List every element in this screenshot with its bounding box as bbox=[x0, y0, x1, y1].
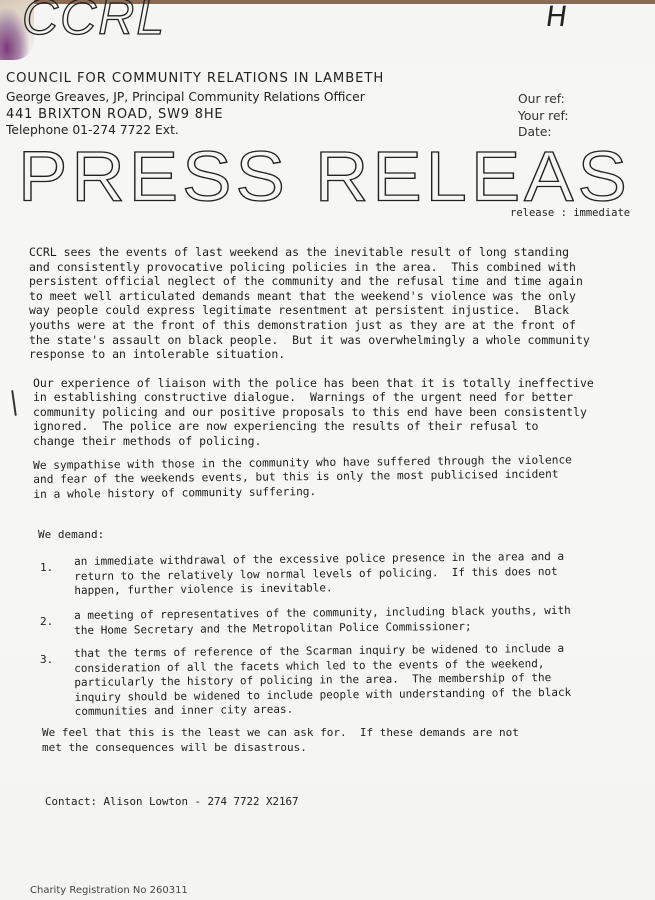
headline-word-release: RELEAS bbox=[315, 137, 631, 216]
telephone-line: Telephone 01-274 7722 Ext. bbox=[6, 123, 179, 137]
ccrl-logo: CCRL bbox=[22, 0, 166, 46]
reference-block: Our ref: Your ref: Date: bbox=[518, 91, 569, 141]
paragraph-1: CCRL sees the events of last weekend as … bbox=[29, 245, 590, 362]
headline-word-press: PRESS bbox=[18, 137, 289, 216]
charity-registration: Charity Registration No 260311 bbox=[30, 885, 188, 896]
address-line: 441 BRIXTON ROAD, SW9 8HE bbox=[6, 107, 223, 122]
margin-pen-mark bbox=[11, 390, 17, 416]
closing-paragraph: We feel that this is the least we can as… bbox=[42, 726, 519, 755]
release-note: release : immediate bbox=[510, 207, 630, 219]
press-release-page: CCRL H COUNCIL FOR COMMUNITY RELATIONS I… bbox=[0, 0, 655, 900]
paragraph-3: We sympathise with those in the communit… bbox=[33, 453, 572, 502]
contact-line: Contact: Alison Lowton - 274 7722 X2167 bbox=[45, 795, 299, 808]
demand-number: 1. bbox=[40, 561, 53, 574]
our-ref-label: Our ref: bbox=[518, 91, 569, 108]
officer-line: George Greaves, JP, Principal Community … bbox=[6, 90, 365, 104]
demand-text: an immediate withdrawal of the excessive… bbox=[74, 550, 565, 599]
handwritten-mark: H bbox=[544, 0, 570, 33]
paragraph-2: Our experience of liaison with the polic… bbox=[33, 376, 594, 448]
demand-number: 3. bbox=[40, 653, 53, 666]
organization-name: COUNCIL FOR COMMUNITY RELATIONS IN LAMBE… bbox=[6, 71, 384, 86]
demand-intro: We demand: bbox=[38, 528, 104, 541]
press-release-headline: PRESSRELEAS bbox=[18, 136, 631, 217]
demand-text: that the terms of reference of the Scarm… bbox=[74, 642, 571, 720]
demand-number: 2. bbox=[40, 615, 53, 628]
demand-text: a meeting of representatives of the comm… bbox=[74, 604, 571, 638]
your-ref-label: Your ref: bbox=[518, 108, 569, 125]
